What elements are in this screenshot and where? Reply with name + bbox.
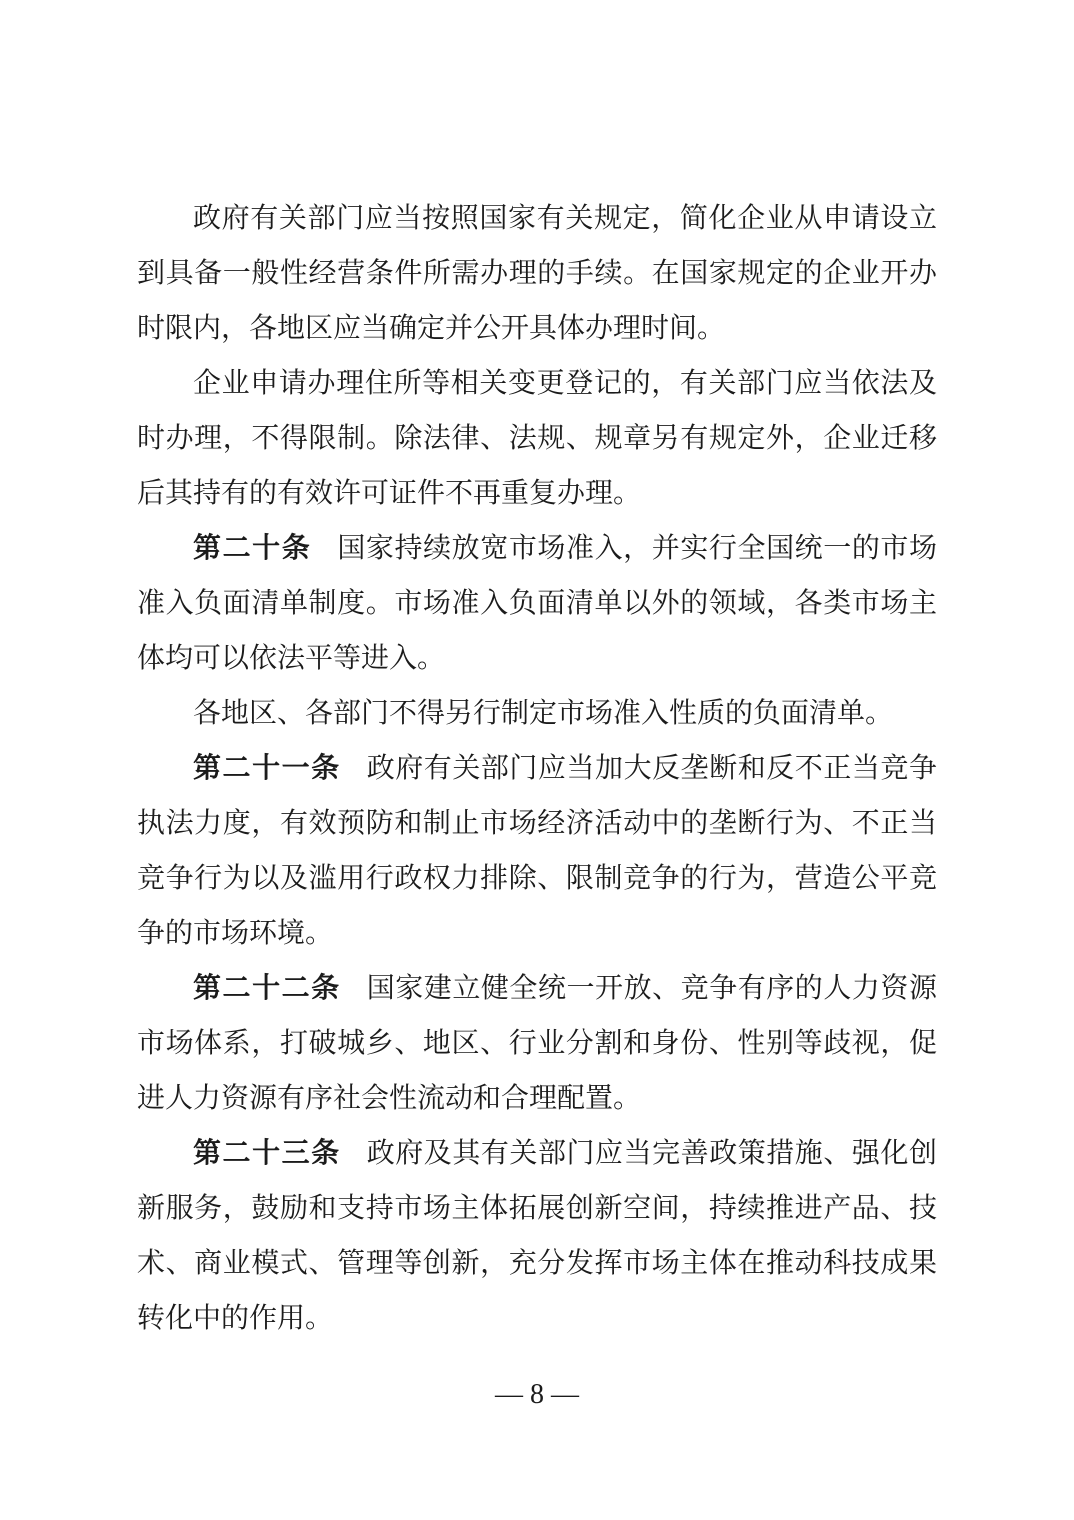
page-footer: — 8 —: [0, 1372, 1074, 1417]
article-number: 第二十一条: [193, 753, 341, 784]
paragraph: 第二十条国家持续放宽市场准入，并实行全国统一的市场准入负面清单制度。市场准入负面…: [137, 521, 937, 686]
paragraph: 第二十三条政府及其有关部门应当完善政策措施、强化创新服务，鼓励和支持市场主体拓展…: [137, 1126, 937, 1346]
article-number: 第二十三条: [193, 1138, 341, 1169]
paragraph: 第二十一条政府有关部门应当加大反垄断和反不正当竞争执法力度，有效预防和制止市场经…: [137, 741, 937, 961]
paragraph: 企业申请办理住所等相关变更登记的，有关部门应当依法及时办理，不得限制。除法律、法…: [137, 356, 937, 521]
paragraph: 政府有关部门应当按照国家有关规定，简化企业从申请设立到具备一般性经营条件所需办理…: [137, 191, 937, 356]
paragraph: 第二十二条国家建立健全统一开放、竞争有序的人力资源市场体系，打破城乡、地区、行业…: [137, 961, 937, 1126]
article-number: 第二十二条: [193, 973, 341, 1004]
article-number: 第二十条: [193, 533, 311, 564]
paragraph: 各地区、各部门不得另行制定市场准入性质的负面清单。: [137, 686, 937, 741]
paragraph-text: 政府有关部门应当按照国家有关规定，简化企业从申请设立到具备一般性经营条件所需办理…: [137, 203, 937, 344]
paragraph-text: 企业申请办理住所等相关变更登记的，有关部门应当依法及时办理，不得限制。除法律、法…: [137, 368, 937, 509]
document-body: 政府有关部门应当按照国家有关规定，简化企业从申请设立到具备一般性经营条件所需办理…: [137, 191, 937, 1346]
document-page: 政府有关部门应当按照国家有关规定，简化企业从申请设立到具备一般性经营条件所需办理…: [0, 0, 1074, 1520]
page-number: — 8 —: [495, 1379, 579, 1410]
paragraph-text: 各地区、各部门不得另行制定市场准入性质的负面清单。: [193, 698, 893, 729]
